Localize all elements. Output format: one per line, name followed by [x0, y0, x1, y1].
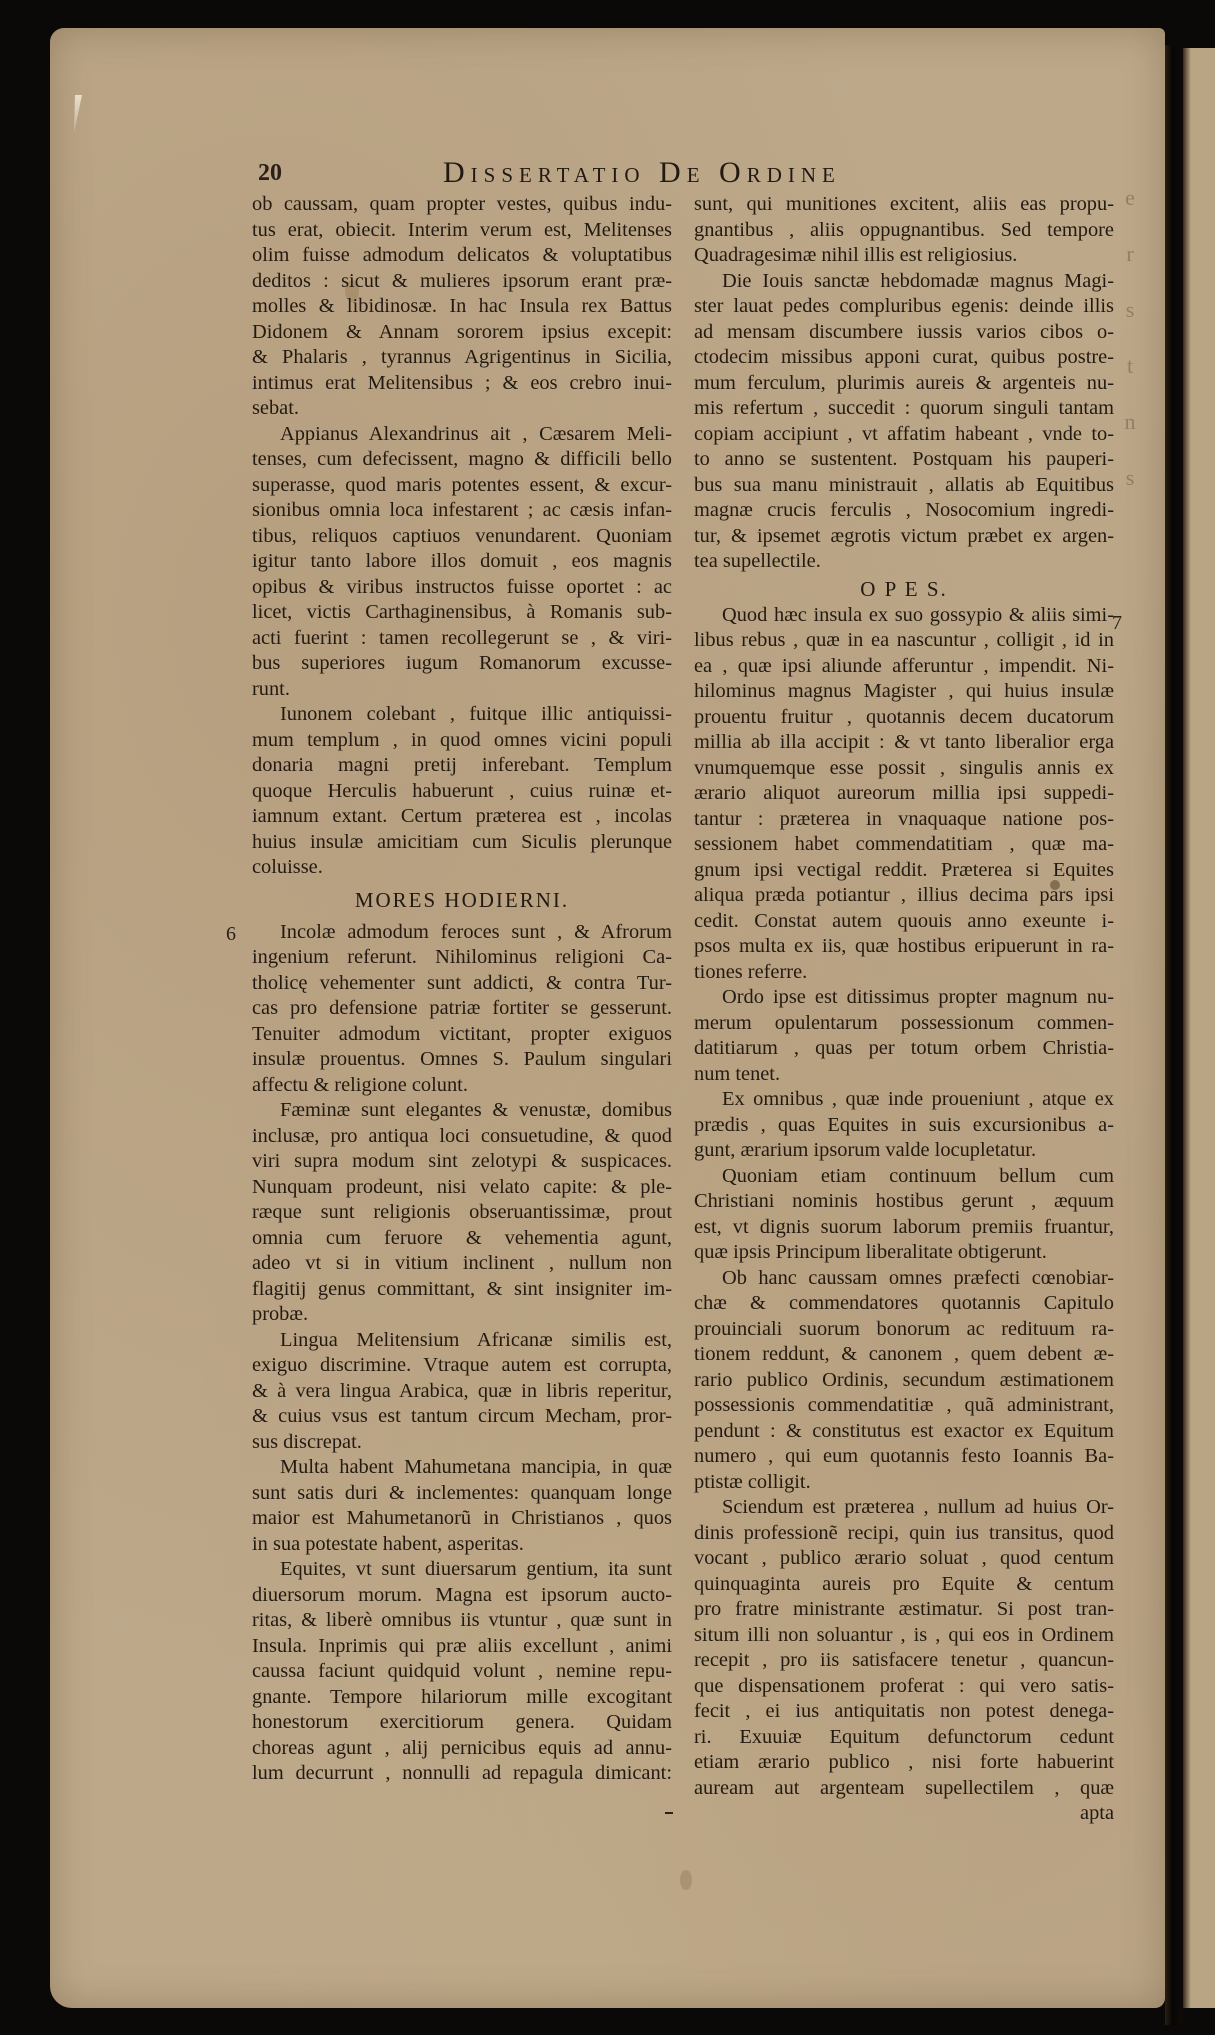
- text-line: cas pro defensione patriæ fortiter se ge…: [252, 996, 672, 1022]
- text-line: mum ferculum, plurimis aureis & argentei…: [694, 371, 1114, 397]
- text-line: ingenium referunt. Nihilominus religioni…: [252, 945, 672, 971]
- page-number: 20: [258, 160, 282, 187]
- paragraph-start: Iunonem colebant , fuitque illic antiqui…: [252, 702, 672, 728]
- text-line: Nunquam prodeunt, nisi velato capite: & …: [252, 1175, 672, 1201]
- bleed-letter: s: [1126, 465, 1135, 491]
- bleed-letter: n: [1125, 409, 1136, 435]
- text-line: tibus, reliquos captiuos venundarent. Qu…: [252, 524, 672, 550]
- text-line: to anno se sustentent. Postquam his paup…: [694, 447, 1114, 473]
- text-line: recepit , pro iis satisfacere tenetur , …: [694, 1648, 1114, 1674]
- text-line: vocant , publico ærario soluat , quod ce…: [694, 1546, 1114, 1572]
- text-line: tionem reddunt, & canonem , quem debent …: [694, 1342, 1114, 1368]
- text-line: prouinciali suorum bonorum ac redituum r…: [694, 1317, 1114, 1343]
- text-line: caussa faciunt quidquid volunt , nemine …: [252, 1659, 672, 1685]
- paragraph-start: Appianus Alexandrinus ait , Cæsarem Meli…: [252, 422, 672, 448]
- text-line: sunt satis duri & inclementes: quanquam …: [252, 1481, 672, 1507]
- text-line: tiones referre.: [694, 960, 1114, 986]
- text-line: Quadragesimæ nihil illis est religiosius…: [694, 243, 1114, 269]
- paragraph-start: Fæminæ sunt elegantes & venustæ, domibus: [252, 1098, 672, 1124]
- running-title: Dissertatio De Ordine: [443, 156, 841, 190]
- text-line: licet, victis Carthaginensibus, à Romani…: [252, 600, 672, 626]
- text-line: tus erat, obiecit. Interim verum est, Me…: [252, 218, 672, 244]
- section-heading-mores-hodierni: MORES HODIERNI.: [252, 881, 672, 920]
- text-line: igitur tanto labore illos domuit , eos m…: [252, 549, 672, 575]
- foxing-stain: [680, 1870, 692, 1890]
- text-line: vnumquemque esse possit , singulis annis…: [694, 756, 1114, 782]
- text-line: coluisse.: [252, 855, 672, 881]
- running-head: 20 Dissertatio De Ordine: [258, 156, 1118, 192]
- text-line: quinquaginta aureis pro Equite & centum: [694, 1572, 1114, 1598]
- paragraph-start: Ordo ipse est ditissimus propter magnum …: [694, 985, 1114, 1011]
- text-line: fecit , ei ius antiquitatis non potest d…: [694, 1699, 1114, 1725]
- right-text-column: sunt, qui munitiones excitent, aliis eas…: [694, 192, 1114, 1827]
- text-line: magnæ crucis ferculis , Nosocomium ingre…: [694, 498, 1114, 524]
- text-line: quoque Herculis habuerunt , cuius ruinæ …: [252, 779, 672, 805]
- bleed-letter: s: [1126, 297, 1135, 323]
- text-line: auream aut argenteam supellectilem , quæ: [694, 1776, 1114, 1802]
- text-line: exiguo discrimine. Vtraque autem est cor…: [252, 1353, 672, 1379]
- text-line: choreas agunt , alij pernicibus equis ad…: [252, 1736, 672, 1762]
- text-line: diuersorum morum. Magna est ipsorum auct…: [252, 1583, 672, 1609]
- text-line: intimus erat Melitensibus ; & eos crebro…: [252, 371, 672, 397]
- text-line: cedit. Constat autem quouis anno exeunte…: [694, 909, 1114, 935]
- text-line: tea supellectile.: [694, 549, 1114, 575]
- text-line: sebat.: [252, 396, 672, 422]
- paragraph-start: Incolæ admodum feroces sunt , & Afrorum: [252, 920, 672, 946]
- text-line: num tenet.: [694, 1062, 1114, 1088]
- paragraph-start: Quod hæc insula ex suo gossypio & aliis …: [694, 603, 1114, 629]
- section-heading-opes: O P E S.: [694, 575, 1114, 603]
- text-line: dinis professionẽ recipi, quin ius trans…: [694, 1521, 1114, 1547]
- text-line: bus sua manu ministrauit , allatis ab Eq…: [694, 473, 1114, 499]
- text-line: omnia cum feruore & vehementia agunt,: [252, 1226, 672, 1252]
- text-line: psos multa ex iis, quæ hostibus eripueru…: [694, 934, 1114, 960]
- text-line: sionibus omnia loca infestarent ; ac cæs…: [252, 498, 672, 524]
- catchword: apta: [694, 1801, 1114, 1827]
- text-line: ob caussam, quam propter vestes, quibus …: [252, 192, 672, 218]
- text-line: ri. Exuuiæ Equitum defunctorum cedunt: [694, 1725, 1114, 1751]
- bleed-through-letters: e r s t n s: [1115, 185, 1145, 491]
- text-line: tur, & ipsemet ægrotis victum præbet ex …: [694, 524, 1114, 550]
- text-line: probæ.: [252, 1302, 672, 1328]
- text-line: gnante. Tempore hilariorum mille excogit…: [252, 1685, 672, 1711]
- text-line: acti fuerint : tamen recollegerunt se , …: [252, 626, 672, 652]
- text-line: & Phalaris , tyrannus Agrigentinus in Si…: [252, 345, 672, 371]
- text-line: prouentu fruitur , quotannis decem ducat…: [694, 705, 1114, 731]
- text-line: lum decurrunt , nonnulli ad repagula dim…: [252, 1761, 672, 1787]
- text-line: & cuius vsus est tantum circum Mecham, p…: [252, 1404, 672, 1430]
- text-line: molles & libidinosæ. In hac Insula rex B…: [252, 294, 672, 320]
- text-line: tenses, cum defecissent, magno & diffici…: [252, 447, 672, 473]
- facing-page-edge: [1183, 48, 1215, 2008]
- text-line: datitiarum , quas per totum orbem Christ…: [694, 1036, 1114, 1062]
- text-line: merum opulentarum possessionum commen-: [694, 1011, 1114, 1037]
- text-line: copiam accipiunt , vt affatim habeant , …: [694, 422, 1114, 448]
- text-line: Christiani nominis hostibus gerunt , æqu…: [694, 1189, 1114, 1215]
- bleed-letter: t: [1127, 353, 1133, 379]
- left-text-column: ob caussam, quam propter vestes, quibus …: [252, 192, 672, 1787]
- text-line: huius insulæ amicitiam cum Siculis pleru…: [252, 830, 672, 856]
- text-line: millia ab illa accipit : & vt tanto libe…: [694, 730, 1114, 756]
- bleed-letter: e: [1125, 185, 1135, 211]
- paragraph-start: Equites, vt sunt diuersarum gentium, ita…: [252, 1557, 672, 1583]
- paragraph-start: Lingua Melitensium Africanæ similis est,: [252, 1328, 672, 1354]
- text-line: deditos : sicut & mulieres ipsorum erant…: [252, 269, 672, 295]
- text-line: numero , qui eum quotannis festo Ioannis…: [694, 1444, 1114, 1470]
- paragraph-start: Multa habent Mahumetana mancipia, in quæ: [252, 1455, 672, 1481]
- text-line: opibus & viribus instructos fuisse oport…: [252, 575, 672, 601]
- text-line: sessionem habet commendatitiam , quæ ma-: [694, 832, 1114, 858]
- text-line: runt.: [252, 677, 672, 703]
- text-line: ptistæ colligit.: [694, 1470, 1114, 1496]
- text-line: olim fuisse admodum delicatos & voluptat…: [252, 243, 672, 269]
- text-line: ræque sunt religionis obseruantissimæ, p…: [252, 1200, 672, 1226]
- paragraph-start: Ex omnibus , quæ inde proueniunt , atque…: [694, 1087, 1114, 1113]
- text-line: insulæ prouentus. Omnes S. Paulum singul…: [252, 1047, 672, 1073]
- book-gutter: [1165, 45, 1183, 2025]
- text-line: chæ & commendatores quotannis Capitulo: [694, 1291, 1114, 1317]
- text-line: ster lauat pedes compluribus egenis: dei…: [694, 294, 1114, 320]
- text-line: bus superiores iugum Romanorum excusse-: [252, 651, 672, 677]
- text-line: gnum ipsi vectigal reddit. Præterea si E…: [694, 858, 1114, 884]
- text-line: etiam ærario publico , nisi forte habuer…: [694, 1750, 1114, 1776]
- text-line: donaria magni pretij inferebant. Templum: [252, 753, 672, 779]
- text-line: pro fratre ministrante æstimatur. Si pos…: [694, 1597, 1114, 1623]
- text-line: flagitij genus committant, & sint insign…: [252, 1277, 672, 1303]
- text-line: & à vera lingua Arabica, quæ in libris r…: [252, 1379, 672, 1405]
- text-line: superasse, quod maris potentes essent, &…: [252, 473, 672, 499]
- paragraph-start: Sciendum est præterea , nullum ad huius …: [694, 1495, 1114, 1521]
- text-line: inclusæ, pro antiqua loci consuetudine, …: [252, 1124, 672, 1150]
- bleed-letter: r: [1126, 241, 1133, 267]
- text-line: ea , quæ ipsi aliunde afferuntur , impen…: [694, 654, 1114, 680]
- text-line: situm illi non soluantur , is , qui eos …: [694, 1623, 1114, 1649]
- signature-mark: [665, 1812, 673, 1814]
- text-line: affectu & religione colunt.: [252, 1073, 672, 1099]
- text-line: tantur : præterea in vnaquaque natione p…: [694, 807, 1114, 833]
- text-line: iamnum extant. Certum præterea est , inc…: [252, 804, 672, 830]
- text-line: adeo vt si in vitium inclinent , nullum …: [252, 1251, 672, 1277]
- text-line: gunt, ærarium ipsorum valde locupletatur…: [694, 1138, 1114, 1164]
- text-line: ærario aliquot aureorum millia ipsi supp…: [694, 781, 1114, 807]
- text-line: mis refertum , succedit : quorum singuli…: [694, 396, 1114, 422]
- margin-numeral-left: 6: [226, 923, 236, 946]
- text-line: rario publico Ordinis, secundum æstimati…: [694, 1368, 1114, 1394]
- paragraph-start: Die Iouis sanctæ hebdomadæ magnus Magi-: [694, 269, 1114, 295]
- text-line: aliqua præda potiantur , illius decima p…: [694, 883, 1114, 909]
- text-line: sunt, qui munitiones excitent, aliis eas…: [694, 192, 1114, 218]
- text-line: maior est Mahumetanorũ in Christianos , …: [252, 1506, 672, 1532]
- paragraph-start: Ob hanc caussam omnes præfecti cœnobiar-: [694, 1266, 1114, 1292]
- text-line: quæ ipsis Principum liberalitate obtiger…: [694, 1240, 1114, 1266]
- text-line: tholicę vehementer sunt addicti, & contr…: [252, 971, 672, 997]
- text-line: honestorum exercitiorum genera. Quidam: [252, 1710, 672, 1736]
- text-line: prædis , quas Equites in suis excursioni…: [694, 1113, 1114, 1139]
- paragraph-start: Quoniam etiam continuum bellum cum: [694, 1164, 1114, 1190]
- text-line: ad mensam discumbere iussis varios cibos…: [694, 320, 1114, 346]
- text-line: Didonem & Annam sororem ipsius excepit:: [252, 320, 672, 346]
- text-line: in sua potestate habent, asperitas.: [252, 1532, 672, 1558]
- text-line: libus rebus , quæ in ea nascuntur , coll…: [694, 628, 1114, 654]
- text-line: ritas, & liberè omnibus iis vtuntur , qu…: [252, 1608, 672, 1634]
- text-line: ctodecim missibus apponi curat, quibus p…: [694, 345, 1114, 371]
- text-line: mum templum , in quod omnes vicini popul…: [252, 728, 672, 754]
- text-line: Tenuiter admodum victitant, propter exig…: [252, 1022, 672, 1048]
- text-line: Insula. Inprimis qui præ aliis excellunt…: [252, 1634, 672, 1660]
- text-line: possessionis commendatitiæ , quã adminis…: [694, 1393, 1114, 1419]
- text-line: pendunt : & constitutus est exactor ex E…: [694, 1419, 1114, 1445]
- text-line: viri supra modum sint zelotypi & suspica…: [252, 1149, 672, 1175]
- text-line: est, vt dignis suorum laborum premiis fr…: [694, 1215, 1114, 1241]
- text-line: hilominus magnus Magister , qui huius in…: [694, 679, 1114, 705]
- text-line: que dispensationem proferat : qui vero s…: [694, 1674, 1114, 1700]
- text-line: sus discrepat.: [252, 1430, 672, 1456]
- text-line: gnantibus , aliis oppugnantibus. Sed tem…: [694, 218, 1114, 244]
